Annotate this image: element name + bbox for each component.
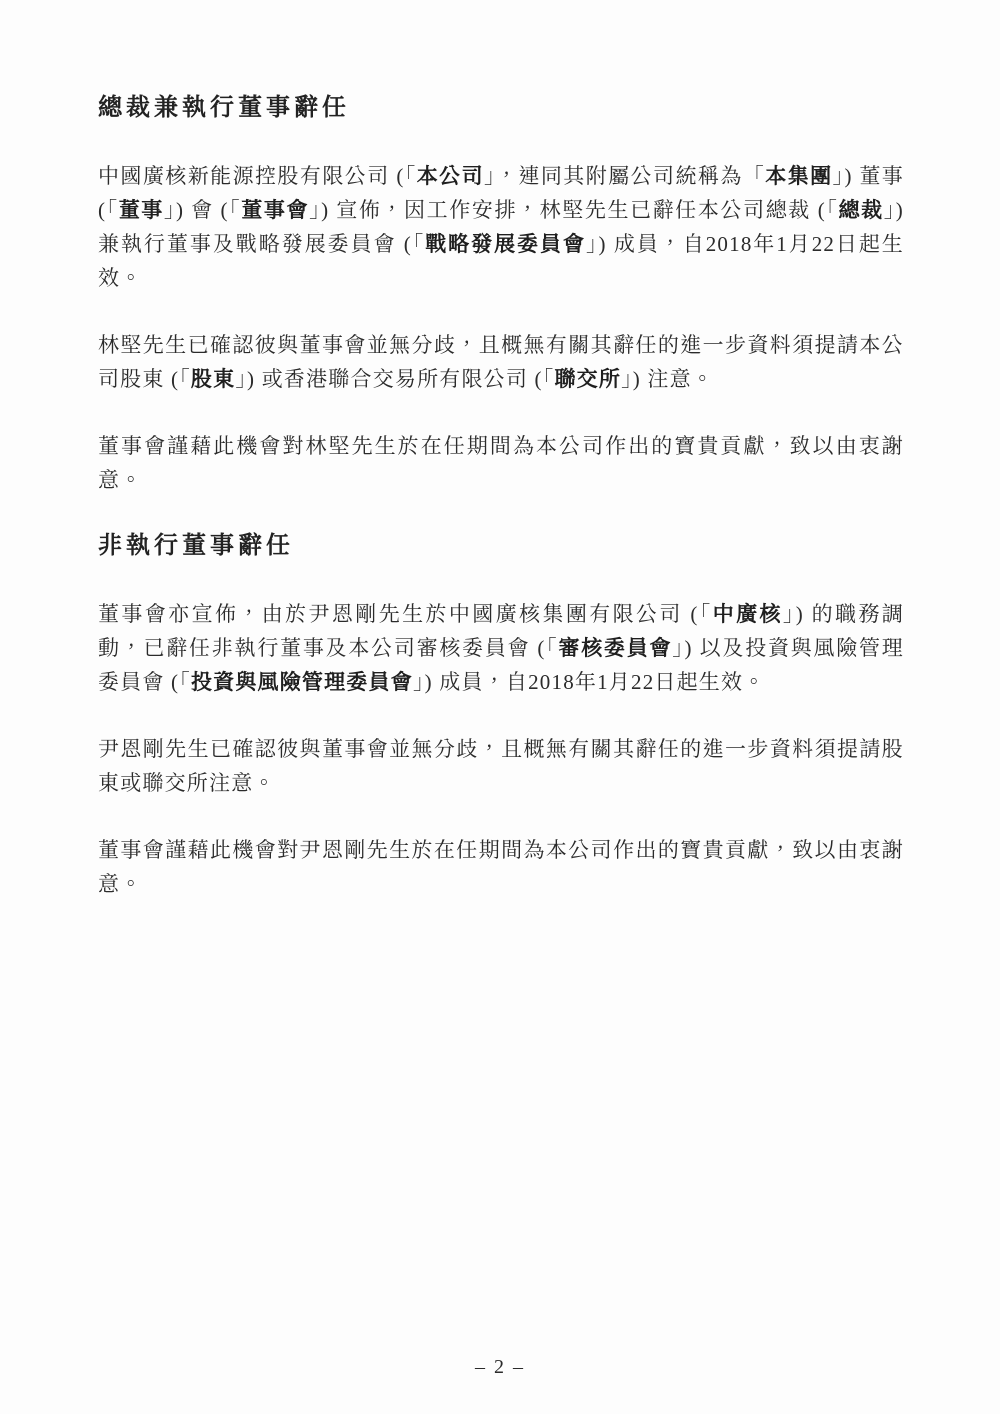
defined-term: 中廣核 xyxy=(713,602,783,626)
defined-term: 總裁 xyxy=(838,198,883,222)
defined-term: 董事會 xyxy=(241,198,309,222)
defined-term: 聯交所 xyxy=(554,367,621,391)
text-run: 」) 成員，自2018年1月22日起生效。 xyxy=(413,670,765,694)
paragraph-lin-jian-no-disagreement: 林堅先生已確認彼與董事會並無分歧，且概無有關其辭任的進一步資料須提請本公司股東 … xyxy=(98,328,904,396)
paragraph-yin-engang-gratitude: 董事會謹藉此機會對尹恩剛先生於在任期間為本公司作出的寶貴貢獻，致以由衷謝意。 xyxy=(98,833,904,901)
page-number: – 2 – xyxy=(475,1356,525,1378)
text-run: 」) 宣佈，因工作安排，林堅先生已辭任本公司總裁 (「 xyxy=(309,198,838,222)
defined-term: 審核委員會 xyxy=(558,636,672,660)
defined-term: 投資與風險管理委員會 xyxy=(191,670,413,694)
section-heading-non-executive-director-resignation: 非執行董事辭任 xyxy=(98,530,904,562)
defined-term: 本公司 xyxy=(417,164,484,188)
section-heading-president-executive-director-resignation: 總裁兼執行董事辭任 xyxy=(98,92,904,124)
paragraph-lin-jian-gratitude: 董事會謹藉此機會對林堅先生於在任期間為本公司作出的寶貴貢獻，致以由衷謝意。 xyxy=(98,429,904,497)
defined-term: 戰略發展委員會 xyxy=(425,232,586,256)
text-run: 」) 會 (「 xyxy=(164,198,241,222)
page-footer: – 2 – xyxy=(0,1356,1000,1379)
paragraph-yin-engang-no-disagreement: 尹恩剛先生已確認彼與董事會並無分歧，且概無有關其辭任的進一步資料須提請股東或聯交… xyxy=(98,732,904,800)
document-body: 總裁兼執行董事辭任 中國廣核新能源控股有限公司 (「本公司」，連同其附屬公司統稱… xyxy=(98,0,904,934)
text-run: 」) 或香港聯合交易所有限公司 (「 xyxy=(235,367,554,391)
defined-term: 股東 xyxy=(191,367,235,391)
document-page: 總裁兼執行董事辭任 中國廣核新能源控股有限公司 (「本公司」，連同其附屬公司統稱… xyxy=(0,0,1000,1414)
defined-term: 董事 xyxy=(119,198,164,222)
text-run: 尹恩剛先生已確認彼與董事會並無分歧，且概無有關其辭任的進一步資料須提請股東或聯交… xyxy=(98,737,904,795)
text-run: 中國廣核新能源控股有限公司 (「 xyxy=(98,164,417,188)
text-run: 」) 注意。 xyxy=(621,367,714,391)
paragraph-announcement-lin-jian-resignation: 中國廣核新能源控股有限公司 (「本公司」，連同其附屬公司統稱為「本集團」) 董事… xyxy=(98,159,904,295)
defined-term: 本集團 xyxy=(765,164,832,188)
text-run: 董事會亦宣佈，由於尹恩剛先生於中國廣核集團有限公司 (「 xyxy=(98,602,713,626)
text-run: 董事會謹藉此機會對林堅先生於在任期間為本公司作出的寶貴貢獻，致以由衷謝意。 xyxy=(98,434,904,492)
text-run: 」，連同其附屬公司統稱為「 xyxy=(484,164,765,188)
text-run: 董事會謹藉此機會對尹恩剛先生於在任期間為本公司作出的寶貴貢獻，致以由衷謝意。 xyxy=(98,838,904,896)
paragraph-announcement-yin-engang-resignation: 董事會亦宣佈，由於尹恩剛先生於中國廣核集團有限公司 (「中廣核」) 的職務調動，… xyxy=(98,597,904,699)
